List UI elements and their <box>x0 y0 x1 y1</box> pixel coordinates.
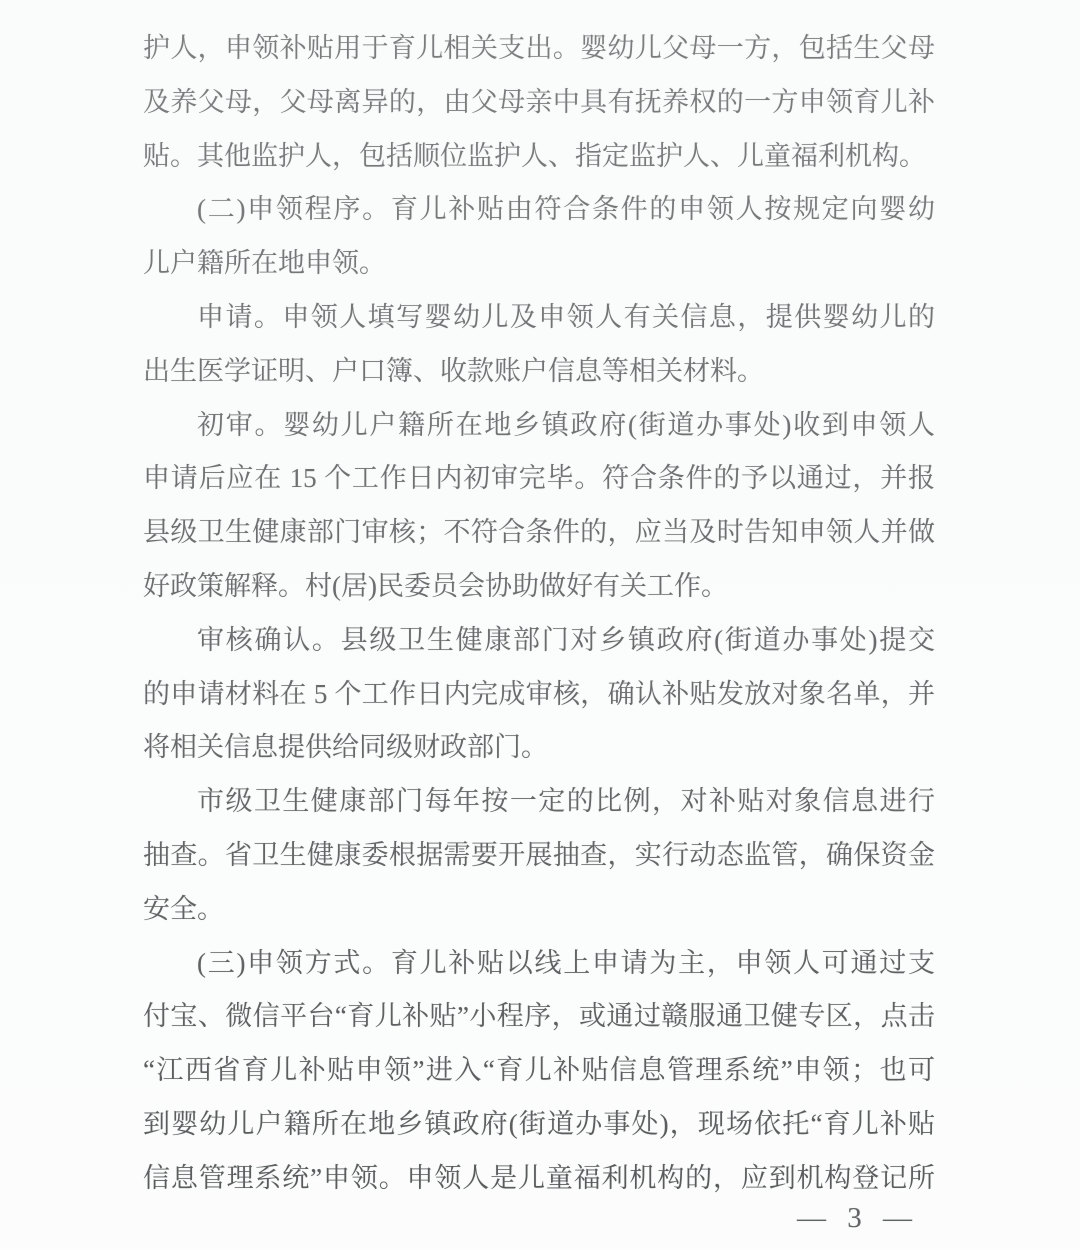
document-page: 护人，申领补贴用于育儿相关支出。婴幼儿父母一方，包括生父母及养父母，父母离异的，… <box>0 0 1080 1250</box>
text-line: 申请后应在 15 个工作日内初审完毕。符合条件的予以通过，并报 <box>143 452 935 506</box>
text-line: 好政策解释。村(居)民委员会协助做好有关工作。 <box>143 560 935 614</box>
text-line: 县级卫生健康部门审核；不符合条件的，应当及时告知申领人并做 <box>143 506 935 560</box>
text-line: 抽查。省卫生健康委根据需要开展抽查，实行动态监管，确保资金 <box>143 829 935 883</box>
text-line: 市级卫生健康部门每年按一定的比例，对补贴对象信息进行 <box>143 775 935 829</box>
text-line: (三)申领方式。育儿补贴以线上申请为主，申领人可通过支 <box>143 937 935 991</box>
text-line: 安全。 <box>143 883 935 937</box>
page-number-label: — 3 — <box>797 1202 912 1234</box>
text-line: 申请。申领人填写婴幼儿及申领人有关信息，提供婴幼儿的 <box>143 291 935 345</box>
text-line: 护人，申领补贴用于育儿相关支出。婴幼儿父母一方，包括生父母 <box>143 22 935 76</box>
text-line: 信息管理系统”申领。申领人是儿童福利机构的，应到机构登记所 <box>143 1152 935 1206</box>
text-line: “江西省育儿补贴申领”进入“育儿补贴信息管理系统”申领；也可 <box>143 1044 935 1098</box>
text-line: 贴。其他监护人，包括顺位监护人、指定监护人、儿童福利机构。 <box>143 130 935 184</box>
text-line: 儿户籍所在地申领。 <box>143 237 935 291</box>
text-line: 审核确认。县级卫生健康部门对乡镇政府(街道办事处)提交 <box>143 614 935 668</box>
text-line: 将相关信息提供给同级财政部门。 <box>143 721 935 775</box>
text-line: 的申请材料在 5 个工作日内完成审核，确认补贴发放对象名单，并 <box>143 668 935 722</box>
page-number: — 3 — <box>797 1202 912 1235</box>
text-line: 及养父母，父母离异的，由父母亲中具有抚养权的一方申领育儿补 <box>143 76 935 130</box>
text-line: 付宝、微信平台“育儿补贴”小程序，或通过赣服通卫健专区，点击 <box>143 990 935 1044</box>
text-line: 出生医学证明、户口簿、收款账户信息等相关材料。 <box>143 345 935 399</box>
text-line: (二)申领程序。育儿补贴由符合条件的申领人按规定向婴幼 <box>143 183 935 237</box>
text-line: 到婴幼儿户籍所在地乡镇政府(街道办事处)，现场依托“育儿补贴 <box>143 1098 935 1152</box>
text-line: 初审。婴幼儿户籍所在地乡镇政府(街道办事处)收到申领人 <box>143 399 935 453</box>
document-body: 护人，申领补贴用于育儿相关支出。婴幼儿父母一方，包括生父母及养父母，父母离异的，… <box>143 22 935 1206</box>
